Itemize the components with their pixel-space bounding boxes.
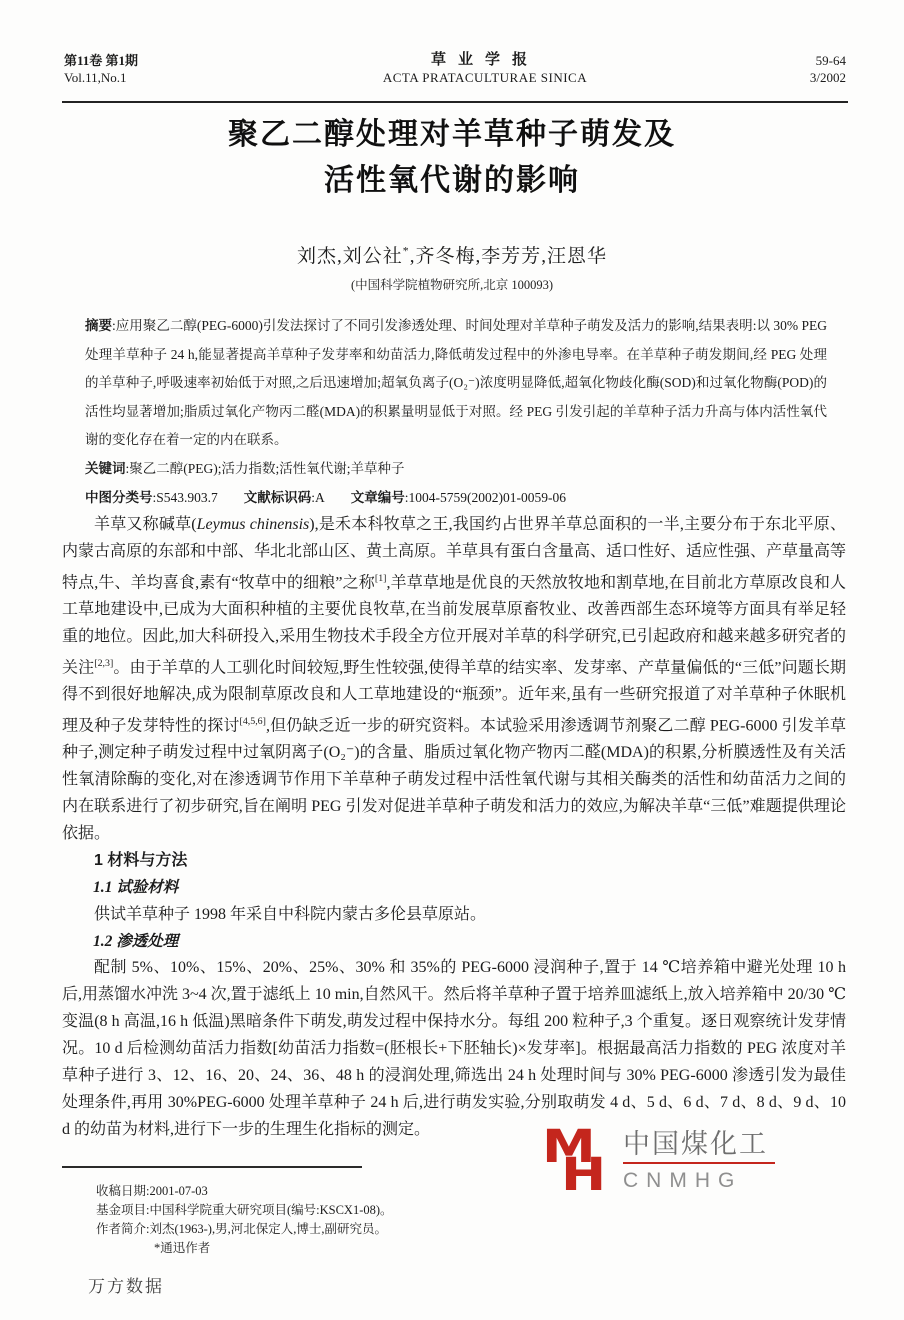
volume-en: Vol.11,No.1 bbox=[64, 69, 214, 86]
cnmhg-logo-text: 中国煤化工 CNMHG bbox=[623, 1128, 775, 1194]
section-1-heading: 1 材料与方法 bbox=[62, 848, 846, 875]
watermark-en-text: CNMHG bbox=[623, 1168, 775, 1194]
keywords-label: 关键词 bbox=[85, 461, 126, 476]
abstract-paragraph: 摘要:应用聚乙二醇(PEG-6000)引发法探讨了不同引发渗透处理、时间处理对羊… bbox=[85, 312, 827, 455]
article-id-value: :1004-5759(2002)01-0059-06 bbox=[405, 490, 566, 505]
article-title-line2: 活性氧代谢的影响 bbox=[0, 158, 904, 204]
affiliation: (中国科学院植物研究所,北京 100093) bbox=[0, 275, 904, 293]
logo-letter-h: H bbox=[561, 1152, 606, 1197]
abstract-label: 摘要 bbox=[85, 318, 112, 333]
issue-date: 3/2002 bbox=[756, 69, 846, 86]
footnote-divider bbox=[62, 1166, 362, 1168]
doc-code-value: :A bbox=[311, 490, 325, 505]
footnote-received-date: 收稿日期:2001-07-03 bbox=[96, 1182, 393, 1201]
clc-value: :S543.903.7 bbox=[153, 490, 218, 505]
journal-title-cn: 草业学报 bbox=[214, 52, 756, 69]
cnmhg-watermark: M H 中国煤化工 CNMHG bbox=[545, 1128, 775, 1204]
abstract-block: 摘要:应用聚乙二醇(PEG-6000)引发法探讨了不同引发渗透处理、时间处理对羊… bbox=[85, 312, 827, 512]
footnotes-block: 收稿日期:2001-07-03 基金项目:中国科学院重大研究项目(编号:KSCX… bbox=[96, 1182, 393, 1258]
watermark-underline bbox=[623, 1162, 775, 1164]
volume-cn: 第11卷 第1期 bbox=[64, 52, 214, 69]
page-range: 59-64 bbox=[756, 52, 846, 69]
section-1-1-paragraph: 供试羊草种子 1998 年采自中科院内蒙古多伦县草原站。 bbox=[62, 902, 846, 929]
header-volume: 第11卷 第1期 Vol.11,No.1 bbox=[64, 52, 214, 86]
intro-paragraph: 羊草又称碱草(Leymus chinensis),是禾本科牧草之王,我国约占世界… bbox=[62, 512, 846, 848]
journal-header: 第11卷 第1期 Vol.11,No.1 草业学报 ACTA PRATACULT… bbox=[64, 52, 846, 86]
watermark-cn-text: 中国煤化工 bbox=[623, 1128, 775, 1160]
footnote-corresponding-author: *通迅作者 bbox=[96, 1239, 393, 1258]
article-body: 羊草又称碱草(Leymus chinensis),是禾本科牧草之王,我国约占世界… bbox=[62, 512, 846, 1144]
header-journal-title: 草业学报 ACTA PRATACULTURAE SINICA bbox=[214, 52, 756, 86]
keywords-line: 关键词:聚乙二醇(PEG);活力指数;活性氧代谢;羊草种子 bbox=[85, 455, 827, 484]
cnmhg-logo-icon: M H bbox=[545, 1128, 611, 1204]
section-1-2-paragraph: 配制 5%、10%、15%、20%、25%、30% 和 35%的 PEG-600… bbox=[62, 955, 846, 1143]
article-title-line1: 聚乙二醇处理对羊草种子萌发及 bbox=[0, 112, 904, 158]
section-1-1-heading: 1.1 试验材料 bbox=[62, 875, 846, 902]
header-divider bbox=[62, 101, 848, 103]
journal-title-en: ACTA PRATACULTURAE SINICA bbox=[214, 69, 756, 86]
article-title: 聚乙二醇处理对羊草种子萌发及 活性氧代谢的影响 bbox=[0, 112, 904, 204]
clc-label: 中图分类号 bbox=[85, 490, 153, 505]
section-1-2-heading: 1.2 渗透处理 bbox=[62, 929, 846, 956]
abstract-text: :应用聚乙二醇(PEG-6000)引发法探讨了不同引发渗透处理、时间处理对羊草种… bbox=[85, 318, 827, 447]
footnote-funding: 基金项目:中国科学院重大研究项目(编号:KSCX1-08)。 bbox=[96, 1201, 393, 1220]
journal-page: 第11卷 第1期 Vol.11,No.1 草业学报 ACTA PRATACULT… bbox=[0, 0, 904, 1320]
header-issue-info: 59-64 3/2002 bbox=[756, 52, 846, 86]
article-id-label: 文章编号 bbox=[351, 490, 405, 505]
doc-code-label: 文献标识码 bbox=[244, 490, 312, 505]
footnote-author-bio: 作者简介:刘杰(1963-),男,河北保定人,博士,副研究员。 bbox=[96, 1220, 393, 1239]
classification-line: 中图分类号:S543.903.7文献标识码:A文章编号:1004-5759(20… bbox=[85, 484, 827, 513]
wanfang-watermark: 万方数据 bbox=[88, 1272, 164, 1297]
authors-line: 刘杰,刘公社*,齐冬梅,李芳芳,汪恩华 bbox=[0, 241, 904, 268]
keywords-text: :聚乙二醇(PEG);活力指数;活性氧代谢;羊草种子 bbox=[126, 461, 405, 476]
